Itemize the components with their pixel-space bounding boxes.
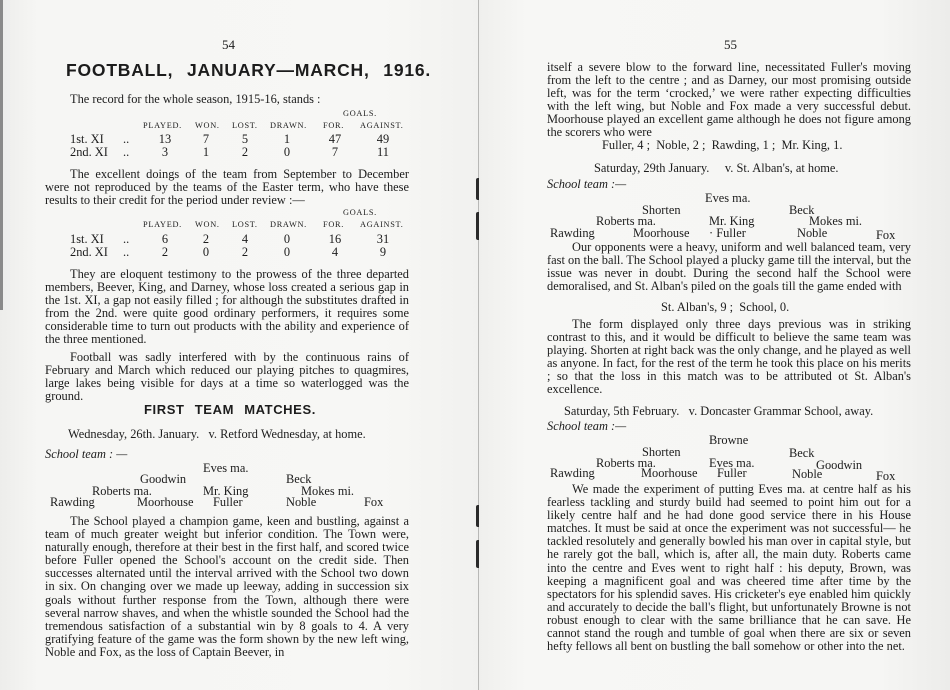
player-forward: Noble bbox=[286, 496, 316, 509]
page-title: FOOTBALL, JANUARY—MARCH, 1916. bbox=[66, 60, 431, 81]
for-value: 4 bbox=[322, 245, 348, 260]
page-number: 55 bbox=[724, 37, 737, 53]
col-lost: LOST. bbox=[232, 121, 258, 130]
paragraph-departed-members: They are eloquent testimony to the prowe… bbox=[45, 268, 409, 347]
col-won: WON. bbox=[195, 220, 220, 229]
left-page: 54 FOOTBALL, JANUARY—MARCH, 1916. The re… bbox=[0, 0, 479, 690]
drawn-value: 0 bbox=[277, 245, 297, 260]
player-forward: Rawding bbox=[550, 467, 595, 480]
col-for: FOR. bbox=[323, 220, 344, 229]
match-report: The School played a champion game, keen … bbox=[45, 515, 409, 659]
match-heading: Saturday, 29th January. v. St. Alban's, … bbox=[594, 162, 839, 175]
col-for: FOR. bbox=[323, 121, 344, 130]
col-against: AGAINST. bbox=[360, 220, 403, 229]
player-forward: Fox bbox=[364, 496, 383, 509]
player-goal: Browne bbox=[709, 434, 748, 447]
paragraph-continuation: itself a severe blow to the forward line… bbox=[547, 61, 911, 140]
school-team-label: School team :— bbox=[547, 420, 626, 433]
player-forward: · Fuller bbox=[709, 227, 746, 240]
page-edge-shadow bbox=[0, 0, 3, 310]
player-forward: Noble bbox=[792, 468, 822, 481]
against-value: 11 bbox=[370, 145, 396, 160]
match-result: St. Alban's, 9 ; School, 0. bbox=[661, 301, 789, 314]
season-intro: The record for the whole season, 1915-16… bbox=[70, 93, 321, 106]
team-name: 2nd. XI bbox=[70, 245, 108, 260]
player-forward: Noble bbox=[797, 227, 827, 240]
won-value: 1 bbox=[196, 145, 216, 160]
col-drawn: DRAWN. bbox=[270, 121, 307, 130]
played-value: 3 bbox=[150, 145, 180, 160]
match-report: Our opponents were a heavy, uniform and … bbox=[547, 241, 911, 293]
drawn-value: 0 bbox=[277, 145, 297, 160]
goals-group-header: GOALS. bbox=[343, 208, 377, 217]
match-heading: Saturday, 5th February. v. Doncaster Gra… bbox=[564, 405, 873, 418]
school-team-label: School team :— bbox=[547, 178, 626, 191]
page-number: 54 bbox=[222, 37, 235, 53]
col-against: AGAINST. bbox=[360, 121, 403, 130]
paragraph-rains: Football was sadly interfered with by th… bbox=[45, 351, 409, 403]
player-goal: Eves ma. bbox=[203, 462, 248, 475]
col-played: PLAYED. bbox=[143, 121, 182, 130]
right-page: 55 itself a severe blow to the forward l… bbox=[479, 0, 950, 690]
player-forward: Moorhouse bbox=[641, 467, 697, 480]
match-heading: Wednesday, 26th. January. v. Retford Wed… bbox=[68, 428, 366, 441]
scorers-line: Fuller, 4 ; Noble, 2 ; Rawding, 1 ; Mr. … bbox=[602, 139, 842, 152]
paragraph-easter-term: The excellent doings of the team from Se… bbox=[45, 168, 409, 207]
match-report-followup: The form displayed only three days previ… bbox=[547, 318, 911, 397]
for-value: 7 bbox=[322, 145, 348, 160]
player-forward: Moorhouse bbox=[137, 496, 193, 509]
col-drawn: DRAWN. bbox=[270, 220, 307, 229]
won-value: 0 bbox=[196, 245, 216, 260]
player-forward: Fuller bbox=[717, 467, 747, 480]
player-forward: Rawding bbox=[50, 496, 95, 509]
player-back: Beck bbox=[789, 447, 814, 460]
player-forward: Fuller bbox=[213, 496, 243, 509]
player-goal: Eves ma. bbox=[705, 192, 750, 205]
player-forward: Moorhouse bbox=[633, 227, 689, 240]
section-heading: FIRST TEAM MATCHES. bbox=[144, 402, 316, 417]
book-spread: 54 FOOTBALL, JANUARY—MARCH, 1916. The re… bbox=[0, 0, 950, 690]
lost-value: 2 bbox=[235, 245, 255, 260]
leader-dots: .. bbox=[123, 245, 129, 260]
col-lost: LOST. bbox=[232, 220, 258, 229]
school-team-label: School team : — bbox=[45, 448, 127, 461]
goals-group-header: GOALS. bbox=[343, 109, 377, 118]
leader-dots: .. bbox=[123, 145, 129, 160]
match-report: We made the experiment of putting Eves m… bbox=[547, 483, 911, 653]
player-forward: Rawding bbox=[550, 227, 595, 240]
against-value: 9 bbox=[370, 245, 396, 260]
player-half: Goodwin bbox=[816, 459, 862, 472]
team-name: 2nd. XI bbox=[70, 145, 108, 160]
col-played: PLAYED. bbox=[143, 220, 182, 229]
col-won: WON. bbox=[195, 121, 220, 130]
lost-value: 2 bbox=[235, 145, 255, 160]
played-value: 2 bbox=[150, 245, 180, 260]
